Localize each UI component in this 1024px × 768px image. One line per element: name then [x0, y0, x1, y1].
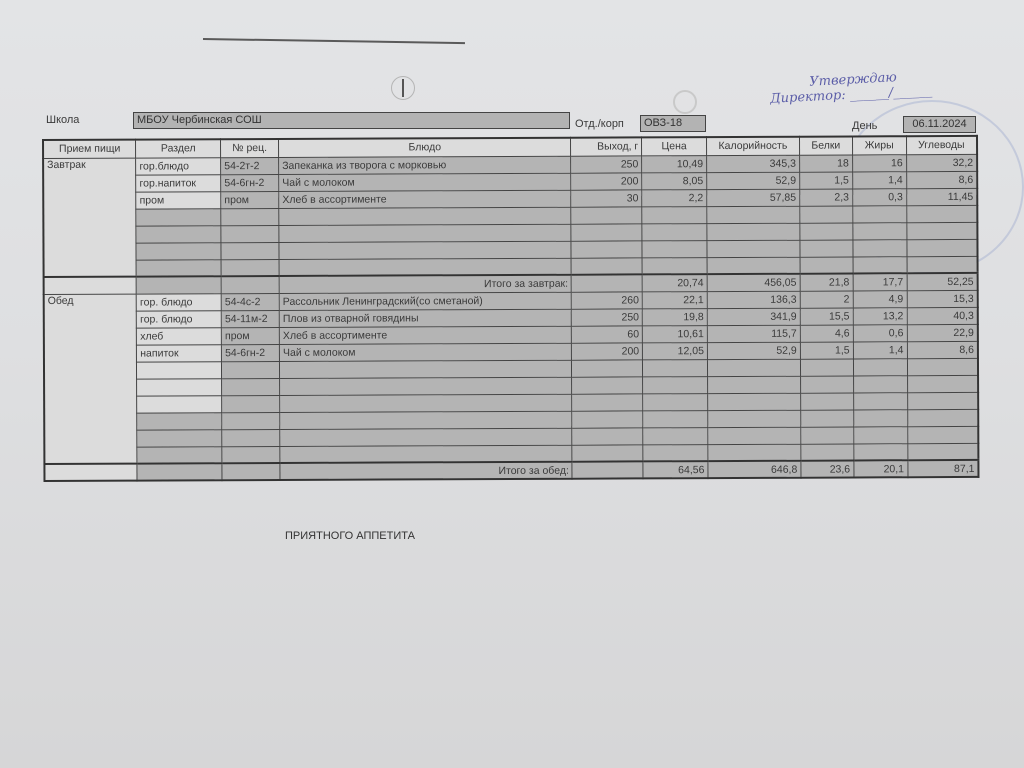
price-cell: 19,8 [642, 308, 707, 325]
empty-cell [136, 208, 221, 225]
empty-cell [643, 359, 708, 376]
col-recipe: № рец. [221, 139, 279, 157]
empty-cell [222, 446, 280, 463]
empty-cell [707, 257, 800, 274]
dish-cell: Чай с молоком [279, 173, 571, 191]
empty-cell [800, 222, 853, 239]
blank-cell [44, 464, 137, 481]
fat-cell: 0,6 [853, 324, 907, 341]
pen-line [203, 38, 465, 44]
col-meal: Прием пищи [43, 140, 136, 158]
price-cell: 10,49 [642, 155, 707, 172]
school-field: МБОУ Чербинская СОШ [133, 112, 570, 129]
recipe-cell: 54-11м-2 [221, 310, 279, 327]
empty-cell [136, 225, 221, 242]
carbs-cell: 40,3 [907, 307, 978, 324]
carbs-cell: 8,6 [906, 171, 977, 188]
empty-cell [708, 427, 801, 444]
empty-cell [280, 360, 572, 378]
empty-cell [279, 241, 571, 259]
empty-cell [907, 358, 978, 375]
empty-cell [572, 359, 643, 376]
price-cell: 8,05 [642, 172, 707, 189]
blank-cell [136, 276, 221, 293]
section-cell: пром [136, 191, 221, 208]
kcal-cell: 136,3 [707, 291, 800, 308]
fat-cell: 1,4 [852, 171, 906, 188]
col-carbs: Углеводы [906, 136, 977, 154]
total-fat: 17,7 [853, 273, 907, 290]
empty-cell [643, 444, 708, 461]
empty-cell [222, 429, 280, 446]
empty-cell [907, 392, 978, 409]
total-protein: 23,6 [801, 460, 854, 477]
kcal-cell: 52,9 [707, 172, 800, 189]
empty-cell [800, 256, 853, 273]
price-cell: 10,61 [643, 325, 708, 342]
empty-cell [643, 393, 708, 410]
school-label: Школа [46, 114, 79, 126]
empty-cell [907, 426, 978, 443]
blank-cell [572, 274, 643, 291]
empty-cell [222, 361, 280, 378]
total-kcal: 456,05 [707, 274, 800, 291]
dish-cell: Чай с молоком [279, 343, 571, 361]
empty-cell [854, 443, 908, 460]
fat-cell: 1,4 [853, 341, 907, 358]
total-carbs: 52,25 [907, 273, 978, 290]
recipe-cell: 54-6гн-2 [222, 344, 280, 361]
protein-cell: 18 [799, 154, 852, 171]
protein-cell: 1,5 [799, 171, 852, 188]
empty-cell [279, 224, 571, 242]
blank-cell [44, 277, 137, 294]
empty-cell [572, 444, 643, 461]
kcal-cell: 57,85 [707, 189, 800, 206]
empty-cell [136, 242, 221, 259]
section-cell: гор.напиток [136, 174, 221, 191]
punch-hole [673, 90, 697, 114]
section-cell: гор.блюдо [136, 157, 221, 174]
dept-field: ОВЗ-18 [640, 115, 706, 132]
price-cell: 22,1 [642, 291, 707, 308]
empty-cell [906, 222, 977, 239]
empty-cell [853, 426, 907, 443]
recipe-cell: пром [221, 191, 279, 208]
empty-cell [137, 446, 222, 463]
empty-cell [137, 361, 222, 378]
dish-cell: Запеканка из творога с морковью [279, 156, 571, 174]
day-field: 06.11.2024 [903, 116, 976, 133]
empty-cell [707, 223, 800, 240]
empty-cell [137, 395, 222, 412]
empty-cell [221, 259, 279, 276]
blank-cell [572, 461, 643, 478]
col-kcal: Калорийность [706, 137, 799, 155]
empty-cell [137, 429, 222, 446]
empty-cell [801, 443, 854, 460]
section-cell: гор. блюдо [137, 310, 222, 327]
empty-cell [801, 426, 854, 443]
empty-cell [280, 394, 572, 412]
total-price: 20,74 [642, 274, 707, 291]
punch-hole [391, 76, 415, 100]
empty-cell [572, 376, 643, 393]
day-label: День [852, 120, 877, 132]
empty-cell [852, 205, 906, 222]
kcal-cell: 52,9 [707, 342, 800, 359]
empty-cell [907, 375, 978, 392]
table-body: Завтракгор.блюдо54-2т-2Запеканка из твор… [43, 154, 978, 481]
lunch-total-row: Итого за обед:64,56646,823,620,187,1 [44, 460, 978, 481]
empty-cell [571, 240, 642, 257]
empty-cell [572, 410, 643, 427]
yield-cell: 200 [572, 342, 643, 359]
blank-cell [137, 463, 222, 480]
empty-cell [642, 206, 707, 223]
fat-cell: 4,9 [853, 290, 907, 307]
yield-cell: 60 [572, 325, 643, 342]
empty-cell [801, 409, 854, 426]
empty-cell [707, 359, 800, 376]
empty-cell [222, 378, 280, 395]
col-fat: Жиры [852, 136, 906, 154]
protein-cell: 15,5 [800, 307, 853, 324]
empty-cell [853, 392, 907, 409]
recipe-cell: 54-4с-2 [221, 293, 279, 310]
empty-cell [707, 206, 800, 223]
empty-cell [800, 239, 853, 256]
empty-cell [137, 412, 222, 429]
empty-cell [800, 205, 853, 222]
empty-cell [279, 258, 571, 276]
yield-cell: 200 [571, 172, 642, 189]
empty-cell [643, 410, 708, 427]
empty-cell [800, 358, 853, 375]
total-fat: 20,1 [854, 460, 908, 477]
total-label: Итого за завтрак: [279, 275, 571, 293]
empty-cell [907, 256, 978, 273]
empty-cell [137, 378, 222, 395]
empty-cell [708, 444, 801, 461]
empty-cell [853, 256, 907, 273]
price-cell: 12,05 [643, 342, 708, 359]
dish-cell: Плов из отварной говядины [279, 309, 571, 327]
total-carbs: 87,1 [907, 460, 978, 477]
empty-cell [642, 257, 707, 274]
recipe-cell: 54-2т-2 [221, 157, 279, 174]
empty-cell [853, 358, 907, 375]
empty-cell [853, 375, 907, 392]
carbs-cell: 22,9 [907, 324, 978, 341]
section-cell: гор. блюдо [136, 293, 221, 310]
kcal-cell: 345,3 [707, 155, 800, 172]
empty-cell [221, 242, 279, 259]
empty-cell [853, 239, 907, 256]
carbs-cell: 32,2 [906, 154, 977, 171]
yield-cell: 250 [571, 155, 642, 172]
blank-cell [222, 463, 280, 480]
empty-cell [906, 205, 977, 222]
empty-cell [800, 375, 853, 392]
empty-cell [642, 240, 707, 257]
yield-cell: 30 [571, 189, 642, 206]
price-cell: 2,2 [642, 189, 707, 206]
empty-cell [222, 395, 280, 412]
empty-cell [643, 376, 708, 393]
fat-cell: 13,2 [853, 307, 907, 324]
empty-cell [800, 392, 853, 409]
empty-cell [853, 409, 907, 426]
yield-cell: 250 [572, 308, 643, 325]
empty-cell [136, 259, 221, 276]
menu-table: Прием пищи Раздел № рец. Блюдо Выход, г … [42, 135, 979, 482]
carbs-cell: 15,3 [907, 290, 978, 307]
col-protein: Белки [799, 136, 852, 154]
empty-cell [708, 376, 801, 393]
col-dish: Блюдо [279, 138, 571, 157]
total-price: 64,56 [643, 461, 708, 478]
carbs-cell: 8,6 [907, 341, 978, 358]
dish-cell: Хлеб в ассортименте [279, 326, 571, 344]
total-protein: 21,8 [800, 273, 853, 290]
fat-cell: 0,3 [852, 188, 906, 205]
col-price: Цена [642, 137, 707, 155]
empty-cell [280, 377, 572, 395]
empty-cell [572, 393, 643, 410]
empty-cell [222, 412, 280, 429]
col-yield: Выход, г [571, 137, 642, 155]
empty-cell [642, 223, 707, 240]
empty-cell [707, 240, 800, 257]
carbs-cell: 11,45 [906, 188, 977, 205]
approval-signature: Утверждаю Директор: ______/______ [769, 63, 1024, 122]
empty-cell [571, 206, 642, 223]
footer-text: ПРИЯТНОГО АППЕТИТА [285, 530, 415, 542]
total-kcal: 646,8 [708, 461, 801, 478]
empty-cell [708, 393, 801, 410]
kcal-cell: 341,9 [707, 308, 800, 325]
empty-cell [280, 445, 572, 463]
yield-cell: 260 [572, 291, 643, 308]
total-label: Итого за обед: [280, 462, 572, 480]
dish-cell: Рассольник Ленинградский(со сметаной) [279, 292, 571, 310]
protein-cell: 1,5 [800, 341, 853, 358]
dish-cell: Хлеб в ассортименте [279, 190, 571, 208]
protein-cell: 2,3 [800, 188, 853, 205]
empty-cell [571, 257, 642, 274]
blank-cell [221, 276, 279, 293]
empty-cell [708, 410, 801, 427]
empty-cell [280, 411, 572, 429]
empty-cell [221, 225, 279, 242]
kcal-cell: 115,7 [707, 325, 800, 342]
protein-cell: 4,6 [800, 324, 853, 341]
fat-cell: 16 [852, 154, 906, 171]
dept-label: Отд./корп [575, 118, 624, 130]
empty-cell [853, 222, 907, 239]
recipe-cell: 54-6гн-2 [221, 174, 279, 191]
meal-cell: Обед [44, 294, 138, 464]
empty-cell [221, 208, 279, 225]
meal-cell: Завтрак [43, 158, 136, 277]
empty-cell [572, 427, 643, 444]
empty-cell [907, 409, 978, 426]
section-cell: хлеб [137, 327, 222, 344]
section-cell: напиток [137, 344, 222, 361]
col-section: Раздел [136, 139, 221, 157]
recipe-cell: пром [221, 327, 279, 344]
empty-cell [906, 239, 977, 256]
empty-cell [279, 207, 571, 225]
empty-cell [571, 223, 642, 240]
protein-cell: 2 [800, 290, 853, 307]
empty-cell [907, 443, 978, 460]
empty-cell [643, 427, 708, 444]
empty-cell [280, 428, 572, 446]
